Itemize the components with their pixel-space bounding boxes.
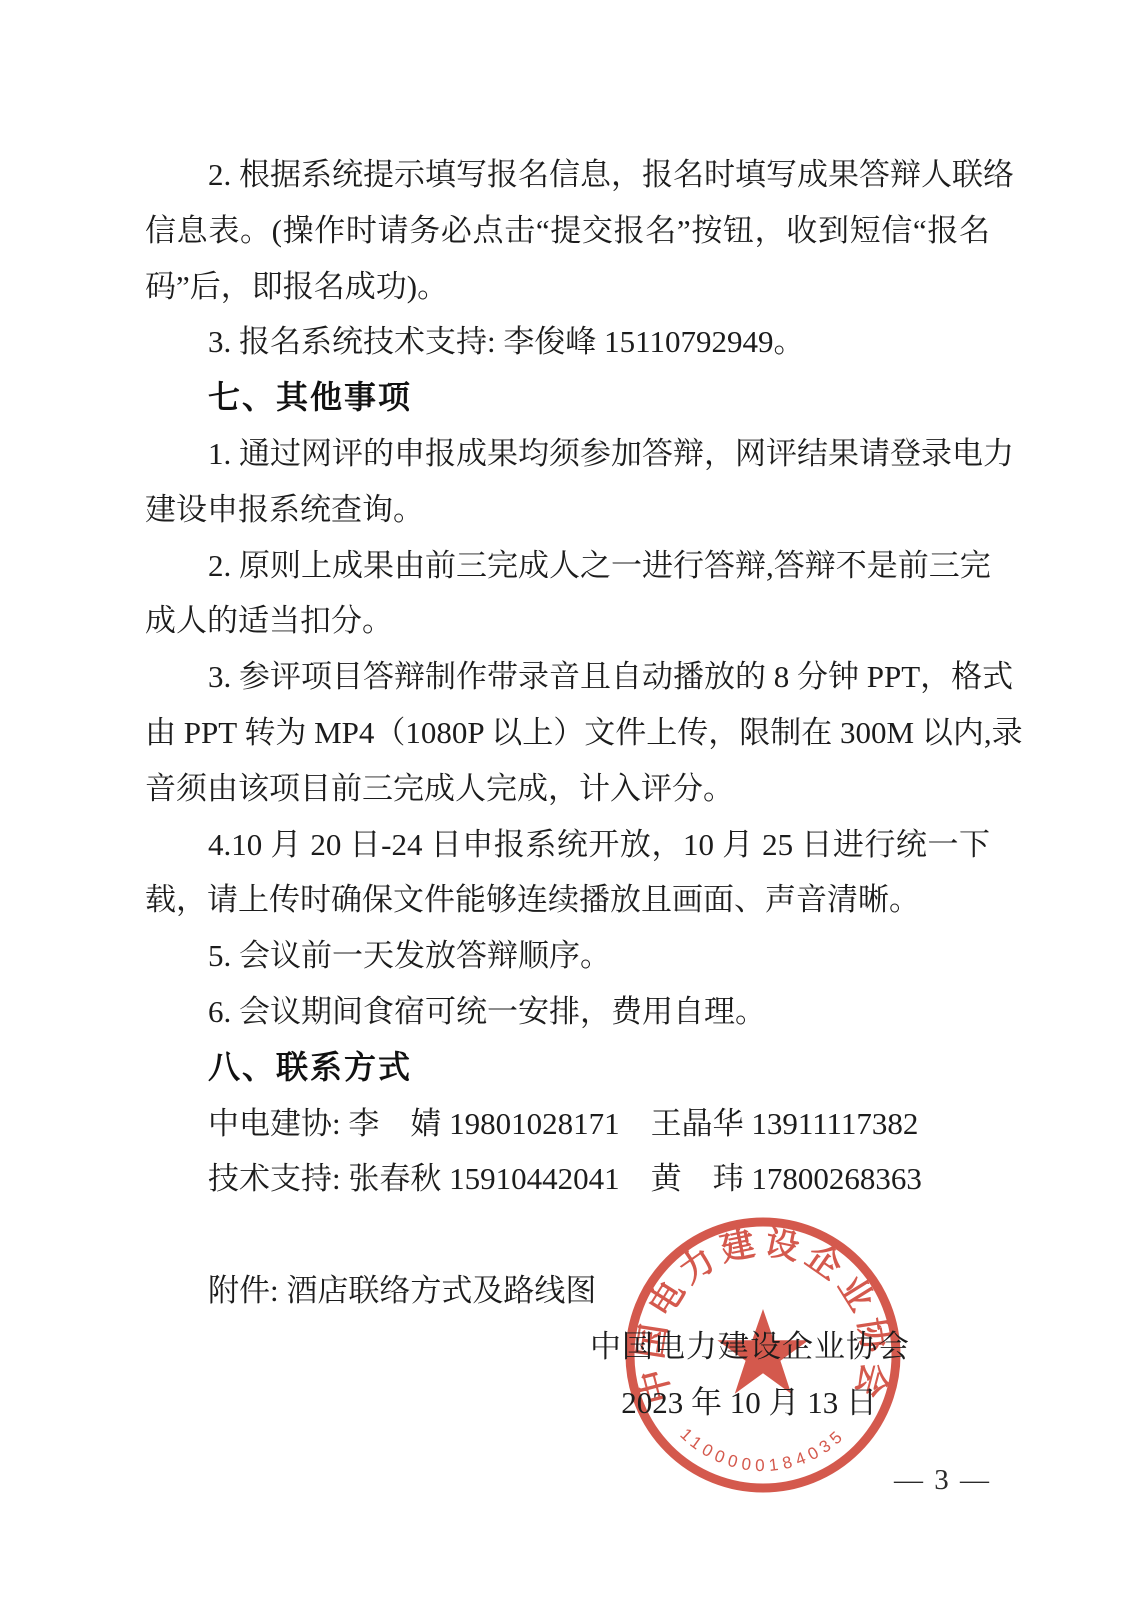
text-line: 信息表。(操作时请务必点击“提交报名”按钮，收到短信“报名 [145,203,990,259]
text-line: 音须由该项目前三完成人完成，计入评分。 [145,761,990,817]
text-line: 6. 会议期间食宿可统一安排，费用自理。 [145,984,990,1040]
text-line: 3. 参评项目答辩制作带录音且自动播放的 8 分钟 PPT，格式 [145,649,990,705]
text-line: 成人的适当扣分。 [145,593,990,649]
signature-organization: 中国电力建设企业协会 [145,1319,990,1375]
attachment-line: 附件: 酒店联络方式及路线图 [145,1263,990,1319]
text-line: 1. 通过网评的申报成果均须参加答辩，网评结果请登录电力 [145,426,990,482]
text-line: 5. 会议前一天发放答辩顺序。 [145,928,990,984]
section-heading-7: 七、其他事项 [145,370,990,426]
text-line: 建设申报系统查询。 [145,482,990,538]
seal-code: 1100000184035 [676,1424,849,1475]
contact-line: 技术支持: 张春秋 15910442041 黄 玮 17800268363 [145,1151,990,1207]
blank-line [145,1207,990,1263]
text-line: 3. 报名系统技术支持: 李俊峰 15110792949。 [145,314,990,370]
text-line: 由 PPT 转为 MP4（1080P 以上）文件上传，限制在 300M 以内,录 [145,705,990,761]
text-line: 4.10 月 20 日-24 日申报系统开放，10 月 25 日进行统一下 [145,817,990,873]
text-line: 2. 原则上成果由前三完成人之一进行答辩,答辩不是前三完 [145,538,990,594]
contact-line: 中电建协: 李 婧 19801028171 王晶华 13911117382 [145,1096,990,1152]
page-number: — 3 — [894,1464,991,1497]
text-line: 2. 根据系统提示填写报名信息，报名时填写成果答辩人联络 [145,147,990,203]
section-heading-8: 八、联系方式 [145,1040,990,1096]
document-body: 2. 根据系统提示填写报名信息，报名时填写成果答辩人联络 信息表。(操作时请务必… [145,147,990,1430]
document-page: 中国电力建设企业协会 1100000184035 2. 根据系统提示填写报名信息… [0,0,1131,1600]
signature-date: 2023 年 10 月 13 日 [145,1375,990,1431]
text-line: 载，请上传时确保文件能够连续播放且画面、声音清晰。 [145,872,990,928]
svg-text:1100000184035: 1100000184035 [676,1424,849,1475]
text-line: 码”后，即报名成功)。 [145,259,990,315]
